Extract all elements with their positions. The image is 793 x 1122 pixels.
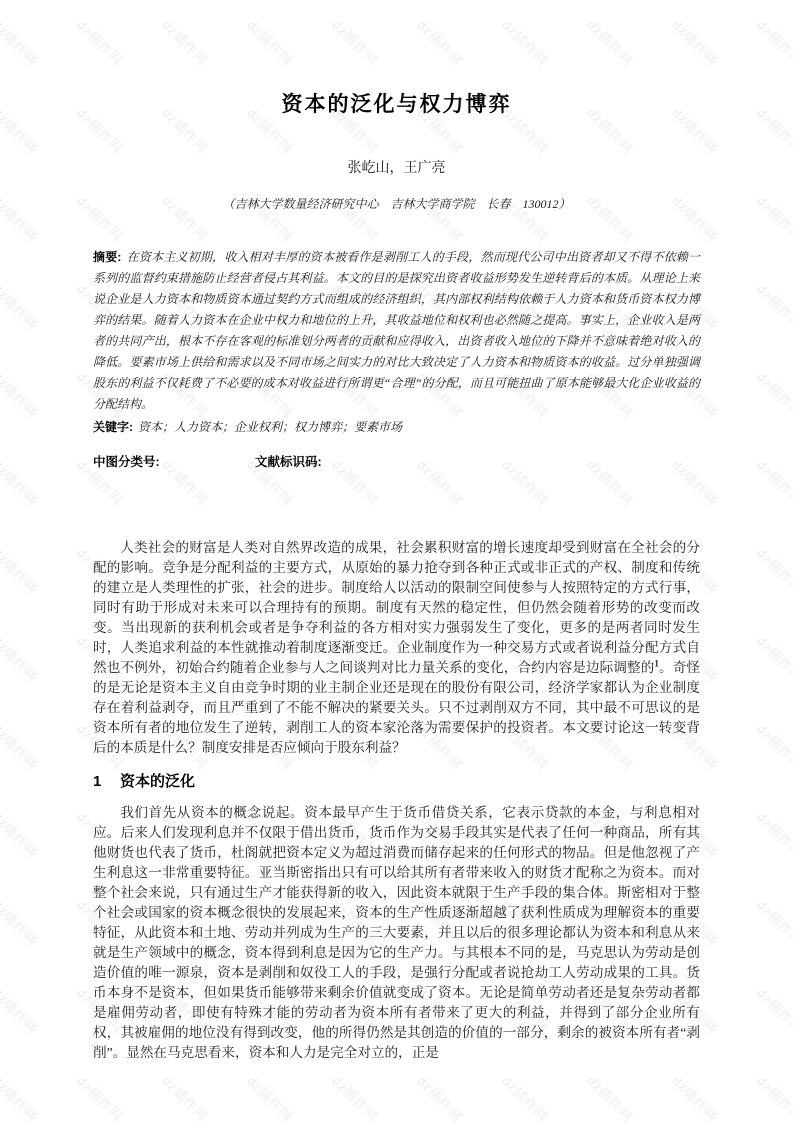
watermark-text: dz插件网 — [754, 807, 793, 861]
intro-text-part1: 人类社会的财富是人类对自然界改造的成果，社会累积财富的增长速度却受到财富在全社会… — [93, 540, 700, 675]
watermark-text: dz插件网 — [0, 895, 43, 949]
watermark-text: dz插件网 — [159, 1071, 213, 1122]
watermark-text: dz插件网 — [754, 455, 793, 509]
watermark-text: dz插件网 — [754, 103, 793, 157]
watermark-text: dz插件网 — [754, 631, 793, 685]
watermark-text: dz插件网 — [0, 367, 43, 421]
watermark-text: dz插件网 — [754, 279, 793, 333]
watermark-text: dz插件网 — [754, 15, 793, 69]
intro-paragraph: 人类社会的财富是人类对自然界改造的成果，社会累积财富的增长速度却受到财富在全社会… — [93, 538, 700, 758]
abstract-text: 在资本主义初期，收入相对丰厚的资本被看作是剥削工人的手段，然而现代公司中出资者却… — [93, 250, 700, 411]
keywords-line: 关键字:资本；人力资本；企业权利；权力博弈；要素市场 — [93, 417, 700, 438]
paper-title: 资本的泛化与权力博弈 — [93, 90, 700, 120]
keywords-text: 资本；人力资本；企业权利；权力博弈；要素市场 — [138, 420, 402, 434]
watermark-text: dz插件网 — [0, 807, 43, 861]
watermark-text: dz插件网 — [0, 191, 43, 245]
clc-label: 中图分类号: — [93, 453, 255, 471]
abstract-label: 摘要: — [93, 250, 121, 264]
watermark-text: dz插件网 — [584, 1071, 638, 1122]
section-1-heading: 1资本的泛化 — [93, 771, 700, 793]
keywords-label: 关键字: — [93, 420, 133, 434]
watermark-text: dz插件网 — [0, 455, 43, 509]
watermark-text: dz插件网 — [0, 631, 43, 685]
watermark-text: dz插件网 — [0, 279, 43, 333]
classification-line: 中图分类号:文献标识码: — [93, 453, 700, 471]
watermark-text: dz插件网 — [244, 1071, 298, 1122]
watermark-text: dz插件网 — [0, 719, 43, 773]
document-page: dz插件网dz插件网dz插件网dz插件网dz插件网dz插件网dz插件网dz插件网… — [0, 0, 793, 1122]
watermark-text: dz插件网 — [754, 367, 793, 421]
watermark-text: dz插件网 — [74, 1071, 128, 1122]
watermark-text: dz插件网 — [754, 983, 793, 1037]
watermark-text: dz插件网 — [0, 543, 43, 597]
watermark-text: dz插件网 — [329, 1071, 383, 1122]
watermark-text: dz插件网 — [0, 15, 43, 69]
watermark-text: dz插件网 — [0, 983, 43, 1037]
watermark-text: dz插件网 — [754, 543, 793, 597]
authors: 张屹山，王广亮 — [93, 160, 700, 178]
watermark-text: dz插件网 — [754, 719, 793, 773]
section-1-paragraph: 我们首先从资本的概念说起。资本最早产生于货币借贷关系，它表示贷款的本金，与利息相… — [93, 803, 700, 1063]
watermark-text: dz插件网 — [754, 895, 793, 949]
section-1-title: 资本的泛化 — [120, 773, 195, 790]
section-1-number: 1 — [93, 771, 120, 793]
watermark-text: dz插件网 — [414, 1071, 468, 1122]
doc-code-label: 文献标识码: — [255, 455, 322, 469]
watermark-text: dz插件网 — [0, 1071, 43, 1122]
watermark-text: dz插件网 — [754, 191, 793, 245]
watermark-text: dz插件网 — [0, 103, 43, 157]
affiliation: （吉林大学数量经济研究中心 吉林大学商学院 长春 130012） — [93, 196, 700, 213]
watermark-text: dz插件网 — [499, 1071, 553, 1122]
abstract-paragraph: 摘要:在资本主义初期，收入相对丰厚的资本被看作是剥削工人的手段，然而现代公司中出… — [93, 247, 700, 415]
page-content: 资本的泛化与权力博弈 张屹山，王广亮 （吉林大学数量经济研究中心 吉林大学商学院… — [93, 0, 700, 1063]
watermark-text: dz插件网 — [669, 1071, 723, 1122]
watermark-text: dz插件网 — [754, 1071, 793, 1122]
